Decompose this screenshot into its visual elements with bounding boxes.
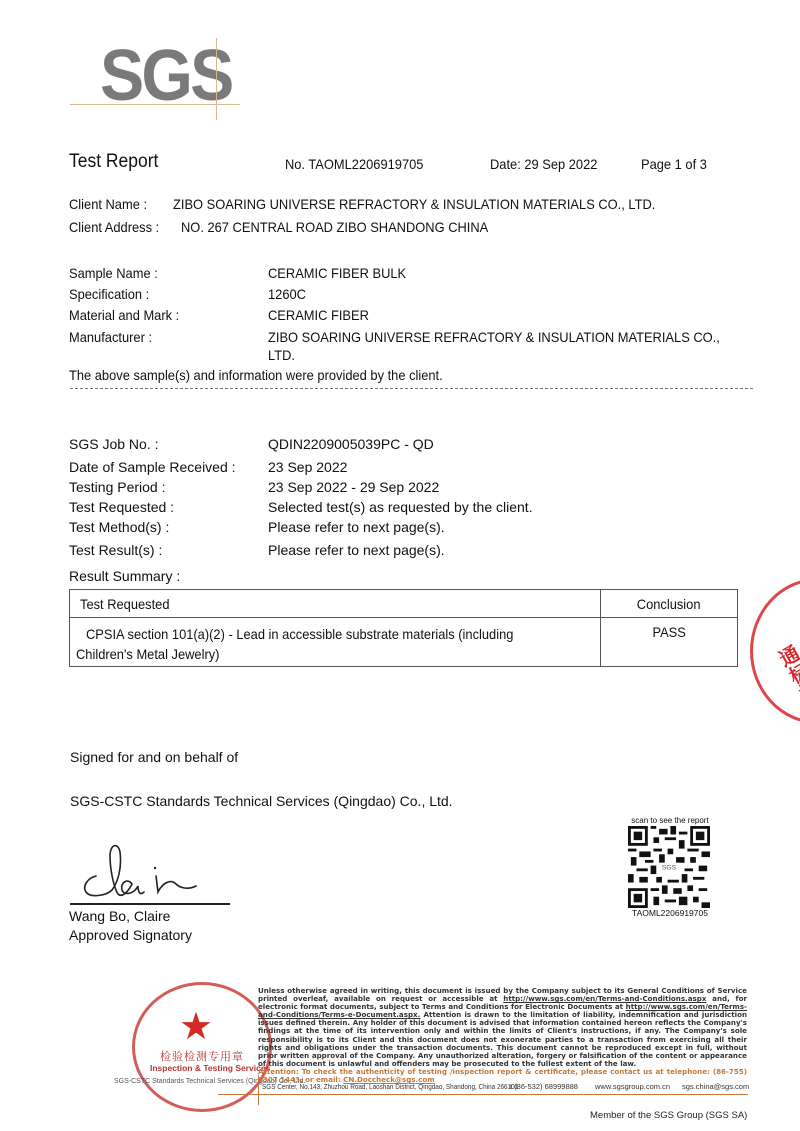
signatory-role: Approved Signatory	[69, 927, 192, 943]
material-label: Material and Mark :	[69, 307, 179, 323]
dashed-divider	[70, 388, 753, 389]
test-results-value: Please refer to next page(s).	[268, 542, 445, 558]
specification-value: 1260C	[268, 286, 306, 302]
result-summary-table: Test Requested Conclusion CPSIA section …	[69, 589, 738, 667]
footer-phone: t (86-532) 68999888	[510, 1082, 578, 1091]
seal-english-text: Inspection & Testing Services	[150, 1063, 270, 1073]
job-no-value: QDIN2209005039PC - QD	[268, 436, 434, 452]
test-methods-label: Test Method(s) :	[69, 519, 169, 535]
date-received-label: Date of Sample Received :	[69, 459, 236, 475]
test-requested-cell: CPSIA section 101(a)(2) - Lead in access…	[70, 618, 601, 667]
test-requested-label: Test Requested :	[69, 499, 174, 515]
footer-horizontal-rule	[218, 1094, 748, 1095]
job-no-label: SGS Job No. :	[69, 436, 158, 452]
sgs-group-membership: Member of the SGS Group (SGS SA)	[590, 1110, 747, 1121]
report-date: Date: 29 Sep 2022	[490, 156, 597, 172]
header-test-requested: Test Requested	[70, 590, 601, 618]
manufacturer-value-line2: LTD.	[268, 347, 295, 363]
report-title: Test Report	[69, 151, 158, 173]
testing-period-value: 23 Sep 2022 - 29 Sep 2022	[268, 479, 439, 495]
footer-website[interactable]: www.sgsgroup.com.cn	[595, 1082, 670, 1091]
signed-for-text: Signed for and on behalf of	[70, 749, 238, 765]
client-address-value: NO. 267 CENTRAL ROAD ZIBO SHANDONG CHINA	[181, 219, 488, 235]
manufacturer-value: ZIBO SOARING UNIVERSE REFRACTORY & INSUL…	[268, 329, 720, 345]
handwritten-signature-icon	[78, 838, 208, 900]
material-value: CERAMIC FIBER	[268, 307, 369, 323]
page-indicator: Page 1 of 3	[641, 156, 707, 172]
table-header-row: Test Requested Conclusion	[70, 590, 738, 618]
test-results-label: Test Result(s) :	[69, 542, 162, 558]
manufacturer-label: Manufacturer :	[69, 329, 152, 345]
qr-report-id: TAOML2206919705	[628, 908, 712, 918]
client-name-label: Client Name :	[69, 196, 147, 212]
sample-note: The above sample(s) and information were…	[69, 367, 443, 383]
client-address-label: Client Address :	[69, 219, 159, 235]
date-received-value: 23 Sep 2022	[268, 459, 347, 475]
logo-horizontal-rule	[70, 104, 240, 105]
footer-address: SGS Center, No.143, Zhuzhou Road, Laosha…	[262, 1082, 518, 1091]
qr-caption: scan to see the report	[628, 816, 712, 825]
svg-text:SGS: SGS	[662, 865, 677, 872]
result-summary-label: Result Summary :	[69, 568, 180, 584]
report-number: No. TAOML2206919705	[285, 156, 423, 172]
sample-name-label: Sample Name :	[69, 265, 158, 281]
logo-vertical-rule	[216, 38, 217, 120]
seal-chinese-text: 检验检测专用章	[160, 1048, 244, 1064]
legal-disclaimer: Unless otherwise agreed in writing, this…	[258, 987, 747, 1084]
signatory-name: Wang Bo, Claire	[69, 908, 170, 924]
signature-line	[70, 903, 230, 905]
sample-name-value: CERAMIC FIBER BULK	[268, 265, 406, 281]
qr-code-icon[interactable]: SGS	[628, 826, 710, 908]
specification-label: Specification :	[69, 286, 149, 302]
test-requested-value: Selected test(s) as requested by the cli…	[268, 499, 533, 515]
test-methods-value: Please refer to next page(s).	[268, 519, 445, 535]
footer-vertical-rule	[258, 1075, 259, 1105]
client-name-value: ZIBO SOARING UNIVERSE REFRACTORY & INSUL…	[173, 196, 655, 212]
conclusion-cell: PASS	[601, 618, 738, 667]
sgs-logo: SGS	[100, 40, 232, 112]
star-icon: ★	[179, 1007, 213, 1047]
signing-company: SGS-CSTC Standards Technical Services (Q…	[70, 793, 453, 809]
header-conclusion: Conclusion	[601, 590, 738, 618]
testing-period-label: Testing Period :	[69, 479, 166, 495]
footer-email[interactable]: sgs.china@sgs.com	[682, 1082, 749, 1091]
table-row: CPSIA section 101(a)(2) - Lead in access…	[70, 618, 738, 667]
